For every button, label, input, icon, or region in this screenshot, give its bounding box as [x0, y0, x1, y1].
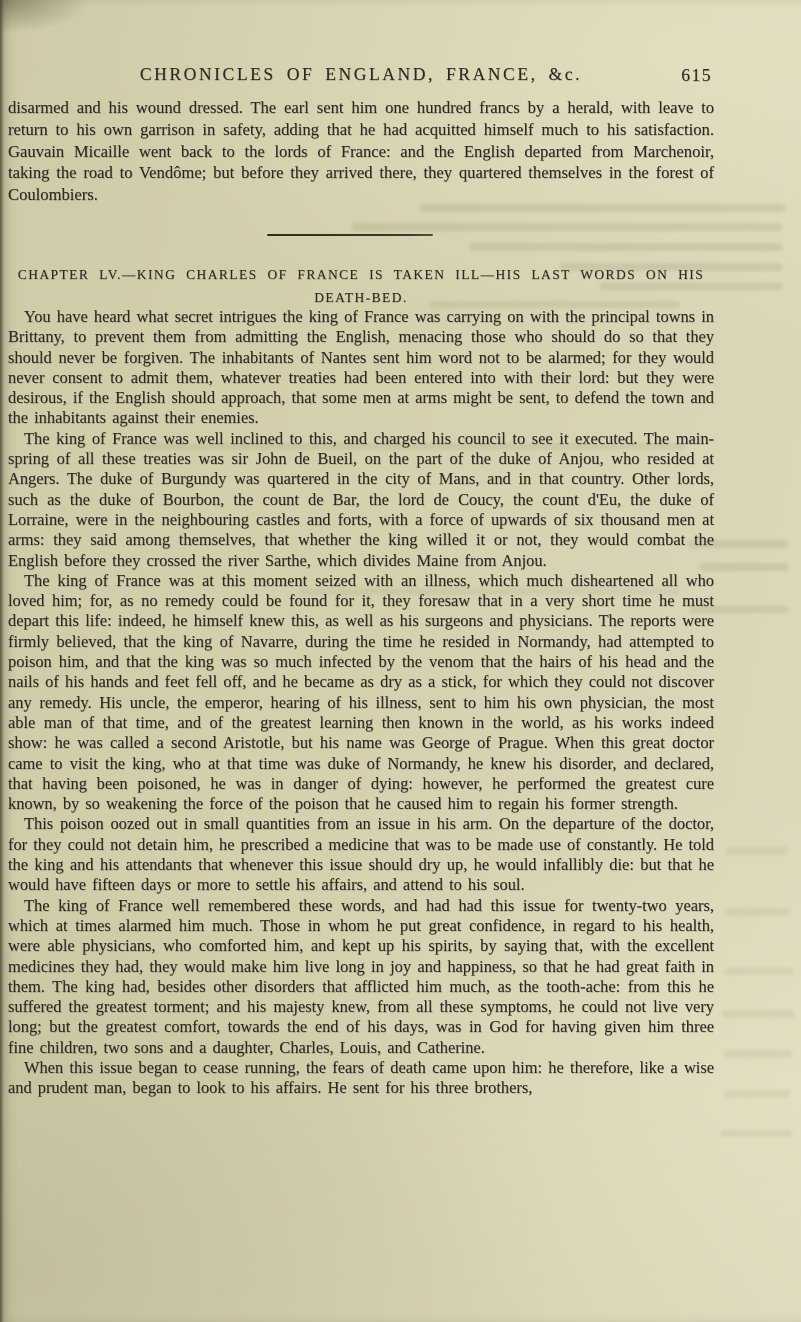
bleed-through-ghost: [724, 968, 794, 975]
chapter-heading-line2: DEATH-BED.: [8, 286, 714, 309]
bleed-through-ghost: [726, 847, 788, 855]
running-header: CHRONICLES OF ENGLAND, FRANCE, &c. 615: [8, 64, 714, 90]
bleed-through-ghost: [720, 1130, 792, 1137]
scan-corner-smudge: [0, 0, 140, 60]
running-header-title: CHRONICLES OF ENGLAND, FRANCE, &c.: [140, 64, 582, 84]
chapter-heading: CHAPTER LV.—KING CHARLES OF FRANCE IS TA…: [8, 263, 714, 309]
scan-edge-shadow: [0, 0, 4, 1322]
section-divider: [267, 234, 433, 236]
bleed-through-ghost: [352, 223, 782, 231]
bleed-through-ghost: [470, 243, 782, 251]
paragraph: The king of France well remembered these…: [8, 896, 714, 1058]
paragraph: This poison oozed out in small quantitie…: [8, 814, 714, 895]
bleed-through-ghost: [724, 1090, 790, 1098]
paragraph: The king of France was at this moment se…: [8, 571, 714, 815]
bleed-through-ghost: [724, 1050, 792, 1058]
scanned-book-page: CHRONICLES OF ENGLAND, FRANCE, &c. 615 d…: [0, 0, 801, 1322]
continuation-paragraph: disarmed and his wound dressed. The earl…: [8, 97, 714, 206]
chapter-body: You have heard what secret intrigues the…: [8, 307, 714, 1099]
chapter-heading-line1: CHAPTER LV.—KING CHARLES OF FRANCE IS TA…: [8, 263, 714, 286]
paragraph: The king of France was well inclined to …: [8, 429, 714, 571]
bleed-through-ghost: [724, 908, 790, 916]
bleed-through-ghost: [722, 1010, 794, 1018]
paragraph: You have heard what secret intrigues the…: [8, 307, 714, 429]
paragraph: When this issue began to cease running, …: [8, 1058, 714, 1099]
page-number: 615: [681, 65, 712, 86]
